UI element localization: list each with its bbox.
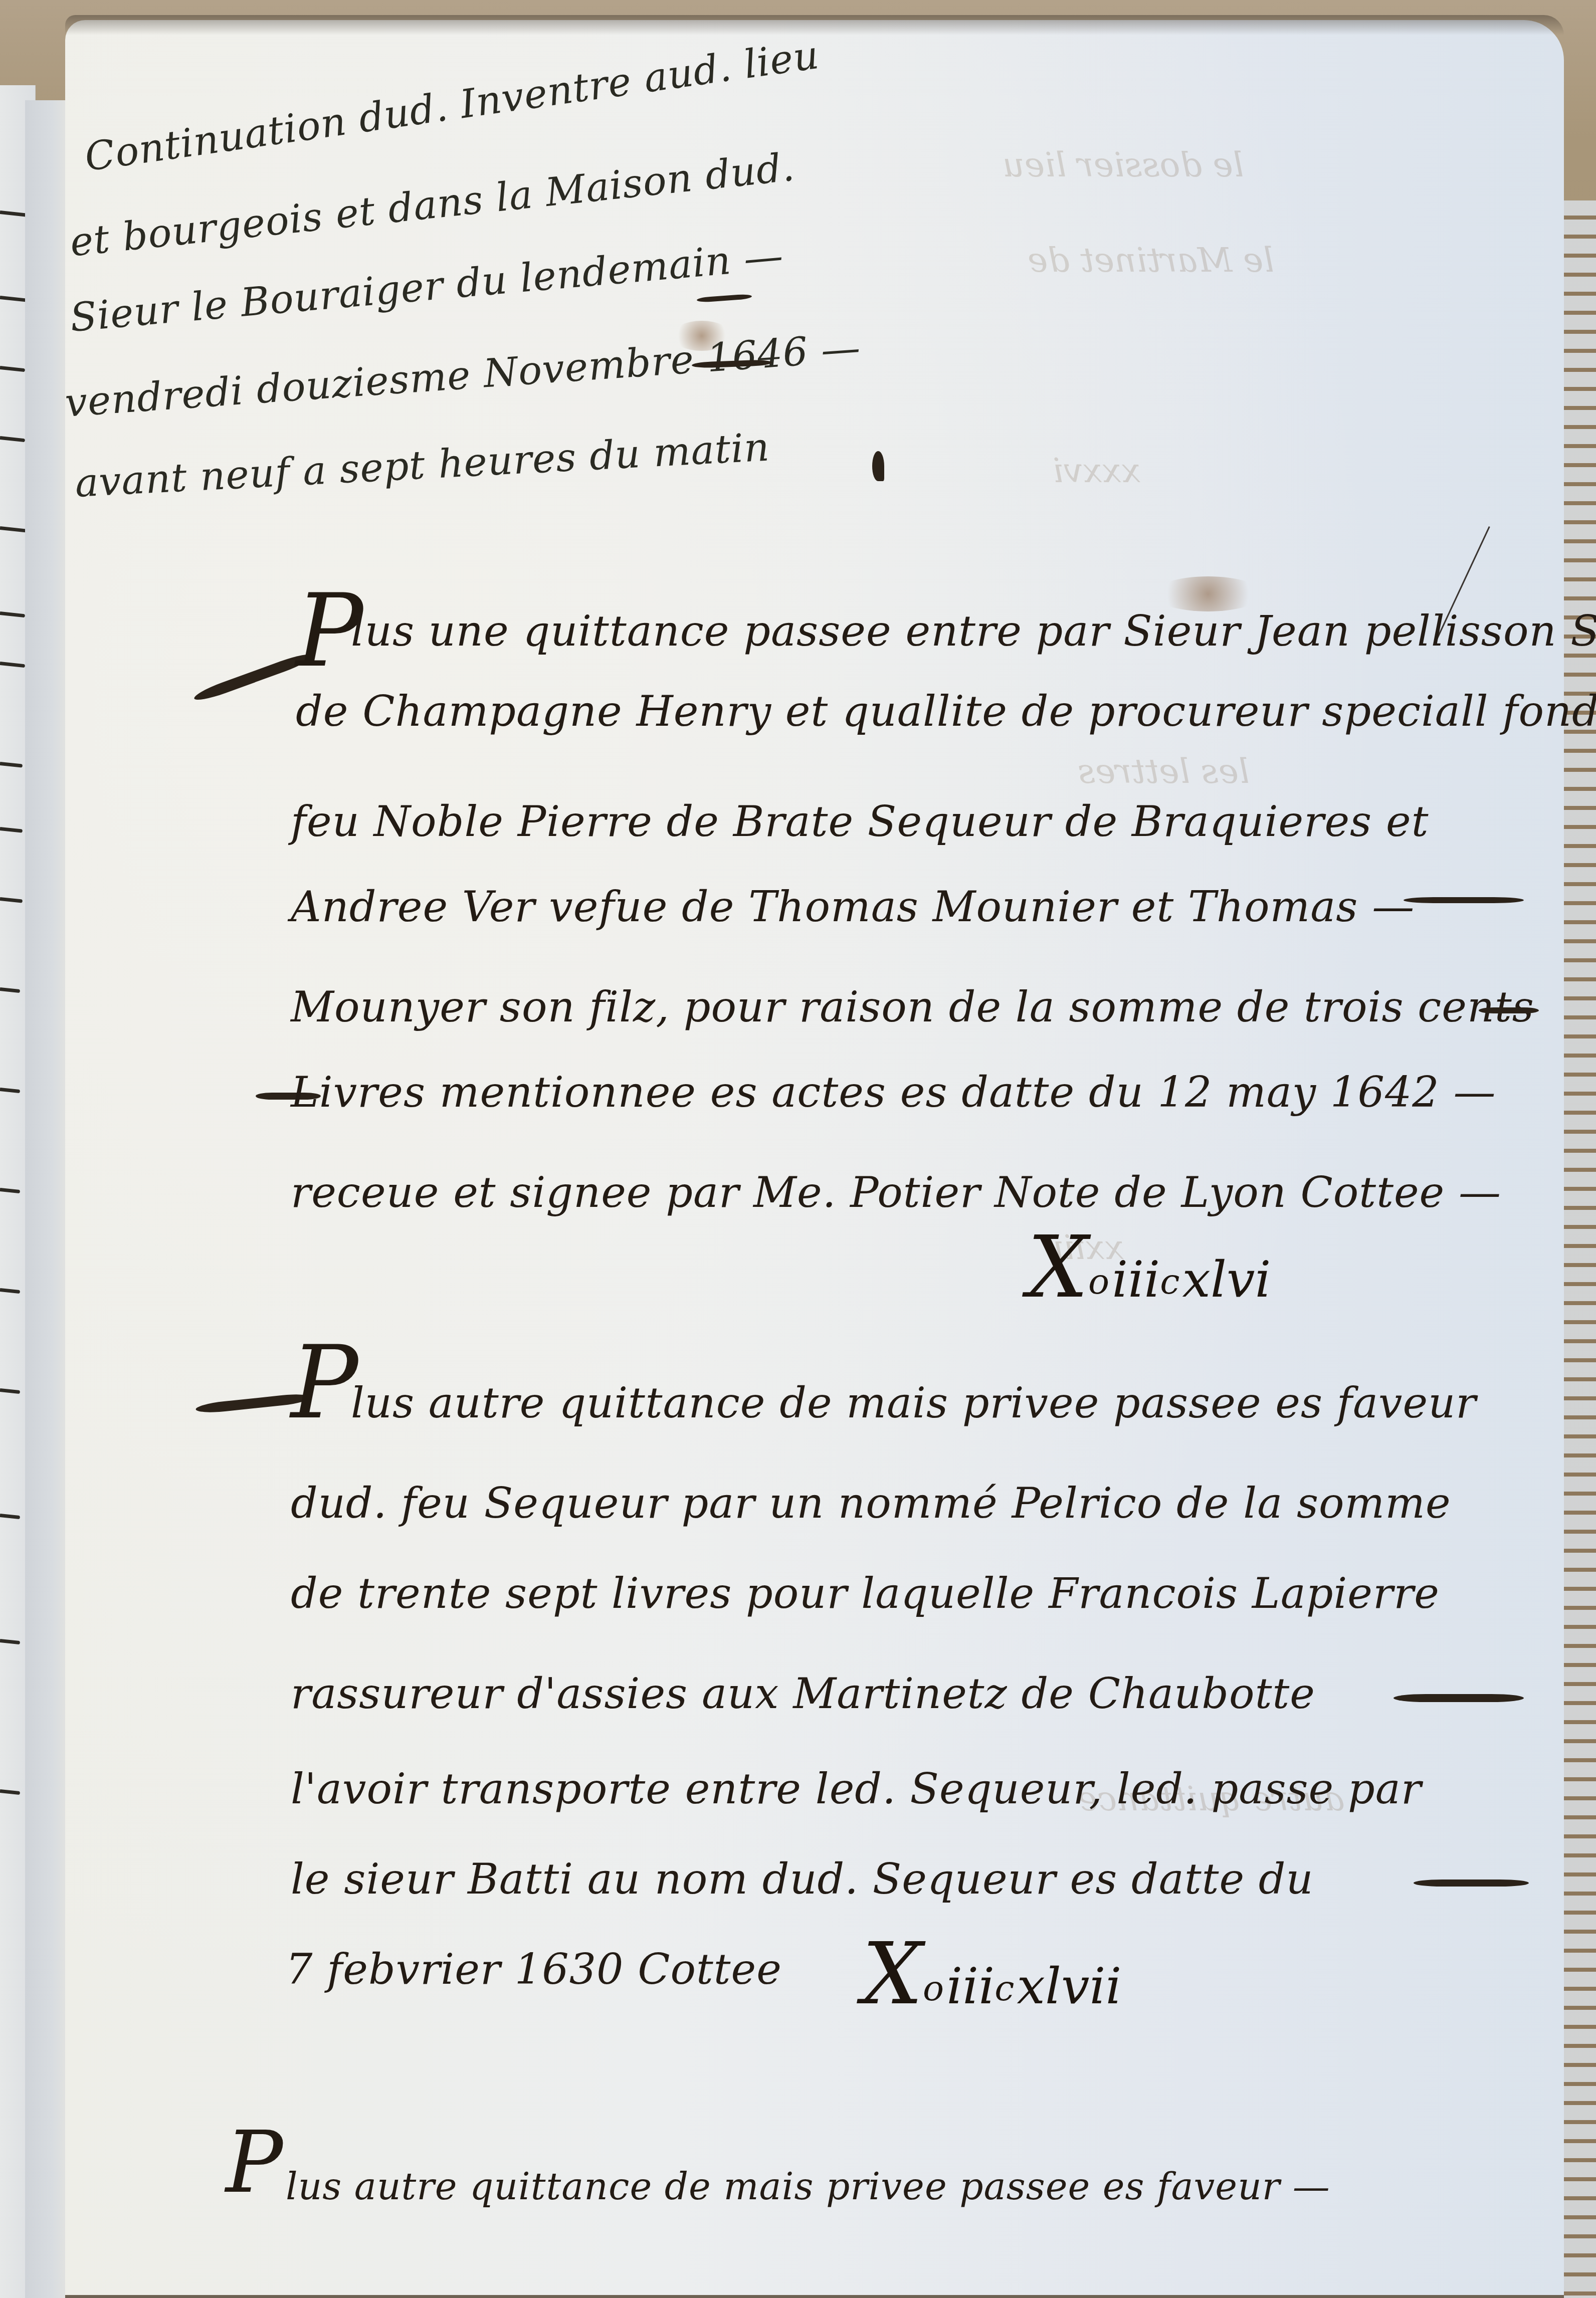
ink-stroke — [0, 526, 28, 533]
entry-1-line-1: lus une quittance passee entre par Sieur… — [351, 606, 1596, 656]
entry-2-line-3: de trente sept livres pour laquelle Fran… — [291, 1569, 1440, 1618]
paragraph-initial: P — [226, 2120, 283, 2205]
entry-1-line-3: feu Noble Pierre de Brate Sequeur de Bra… — [291, 797, 1429, 846]
entry-1-line-7: receue et signee par Me. Potier Note de … — [291, 1168, 1501, 1217]
entry-1-line-5: Mounyer son filz, pour raison de la somm… — [291, 982, 1534, 1031]
entry-3-line-1: lus autre quittance de mais privee passe… — [286, 2165, 1330, 2208]
ink-stroke — [0, 611, 25, 617]
underlying-page-edge — [1564, 200, 1596, 2298]
entry-1-line-2: de Champagne Henry et quallite de procur… — [296, 687, 1596, 736]
entry-1-line-4: Andree Ver vefue de Thomas Mounier et Th… — [291, 882, 1415, 931]
entry-2-line-2: dud. feu Sequeur par un nommé Pelrico de… — [291, 1479, 1451, 1528]
line-filler-flourish — [1414, 1879, 1529, 1887]
line-filler-flourish — [1479, 1007, 1539, 1013]
ink-stroke — [0, 1388, 20, 1394]
entry-2-line-5: l'avoir transporte entre led. Sequeur, l… — [291, 1764, 1422, 1813]
entry-2-line-4: rassureur d'assies aux Martinetz de Chau… — [291, 1669, 1315, 1718]
ink-stroke — [0, 436, 25, 442]
entry-2-line-6: le sieur Batti au nom dud. Sequeur es da… — [291, 1854, 1314, 1904]
end-comma-flourish — [872, 451, 884, 481]
paragraph-initial: P — [291, 1333, 358, 1433]
cote-letter: X — [1028, 1218, 1088, 1317]
ink-stroke — [0, 1789, 20, 1795]
entry-2-line-1: lus autre quittance de mais privee passe… — [351, 1378, 1476, 1427]
ink-stroke — [0, 296, 28, 302]
entry-2-line-7: 7 febvrier 1630 Cottee — [286, 1945, 782, 1994]
ink-stroke — [0, 1288, 20, 1294]
ink-stroke — [0, 366, 25, 372]
ink-stroke — [0, 1639, 20, 1644]
entry-1-line-6: Livres mentionnee es actes es datte du 1… — [291, 1068, 1496, 1117]
bleed-through-text: le dossier lieu — [1003, 145, 1244, 185]
ink-stroke — [0, 1188, 20, 1193]
ink-stroke — [0, 662, 25, 668]
bleed-through-text: le Martinet de — [1028, 241, 1274, 280]
cote-letter: X — [862, 1925, 923, 2024]
ink-stroke — [0, 987, 20, 993]
cote-reference: Xo iiic xlvii — [862, 1925, 1121, 2024]
ink-stroke — [0, 827, 23, 833]
ink-stroke — [0, 1088, 20, 1093]
ink-stroke — [0, 897, 23, 903]
bleed-through-text: xxxvi — [1053, 451, 1140, 491]
ink-stroke — [0, 1514, 20, 1519]
line-filler-flourish — [1393, 1694, 1524, 1702]
line-filler-flourish — [1404, 897, 1524, 903]
binding-gutter — [25, 100, 70, 2298]
cote-reference: Xo iiic xlvi — [1028, 1218, 1271, 1317]
ink-stroke — [0, 762, 23, 768]
bleed-through-text: les lettres — [1078, 752, 1250, 791]
